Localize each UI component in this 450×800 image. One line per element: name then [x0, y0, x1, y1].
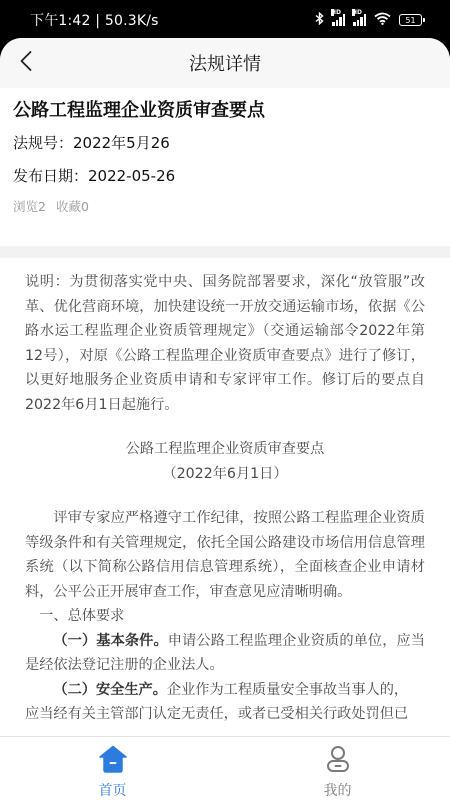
- tab-home-label: 首页: [99, 780, 127, 800]
- back-button[interactable]: [14, 50, 38, 76]
- publish-date: 发布日期：2022-05-26: [13, 165, 437, 187]
- user-icon: [323, 745, 353, 777]
- status-time-speed: 下午1:42 | 50.3K/s: [30, 10, 315, 30]
- item-paragraph: （二）安全生产。企业作为工程质量安全事故当事人的，: [25, 678, 425, 703]
- item-label: （一）基本条件。: [53, 633, 167, 649]
- tab-home[interactable]: 首页: [0, 737, 225, 800]
- status-bar: 下午1:42 | 50.3K/s HD HD 51: [0, 0, 450, 40]
- document-heading: 公路工程监理企业资质审查要点: [25, 437, 425, 462]
- regulation-body: 说明：为贯彻落实党中央、国务院部署要求，深化“放管服”改革、优化营商环境，加快建…: [0, 258, 450, 727]
- item-label: （二）安全生产。: [53, 682, 167, 698]
- item-paragraph: （一）基本条件。申请公路工程监理企业资质的单位，应当是经依法登记注册的企业法人。: [25, 629, 425, 678]
- view-count: 浏览2: [13, 197, 46, 215]
- tab-profile[interactable]: 我的: [225, 737, 450, 800]
- signal-hd-icon: HD: [332, 14, 345, 26]
- tab-profile-label: 我的: [324, 780, 352, 800]
- item-continuation: 应当经有关主管部门认定无责任，或者已受相关行政处罚但已: [25, 702, 425, 727]
- section-divider: [0, 246, 450, 258]
- signal-hd-icon: HD: [353, 14, 366, 26]
- status-icons: HD HD 51: [315, 12, 422, 29]
- document-date: （2022年6月1日）: [25, 462, 425, 487]
- regulation-number: 法规号：2022年5月26: [13, 132, 437, 154]
- body-paragraph: 评审专家应严格遵守工作纪律，按照公路工程监理企业资质等级条件和有关管理规定，依托…: [25, 506, 425, 604]
- home-icon: [98, 745, 128, 777]
- item-text: 企业作为工程质量安全事故当事人的，: [167, 682, 408, 698]
- intro-paragraph: 说明：为贯彻落实党中央、国务院部署要求，深化“放管服”改革、优化营商环境，加快建…: [25, 270, 425, 417]
- stats-row: 浏览2 收藏0: [13, 197, 437, 215]
- wifi-icon: [374, 12, 391, 29]
- bottom-tab-bar: 首页 我的: [0, 736, 450, 800]
- page-title: 法规详情: [189, 50, 261, 76]
- chevron-left-icon: [19, 50, 33, 76]
- battery-icon: 51: [399, 14, 422, 26]
- section-heading: 一、总体要求: [25, 604, 425, 629]
- nav-bar: 法规详情: [0, 38, 450, 88]
- bluetooth-icon: [315, 12, 324, 29]
- regulation-title: 公路工程监理企业资质审查要点: [13, 98, 437, 124]
- app-screen: 法规详情 公路工程监理企业资质审查要点 法规号：2022年5月26 发布日期：2…: [0, 38, 450, 800]
- regulation-header: 公路工程监理企业资质审查要点 法规号：2022年5月26 发布日期：2022-0…: [0, 88, 450, 246]
- favorite-count: 收藏0: [56, 197, 89, 215]
